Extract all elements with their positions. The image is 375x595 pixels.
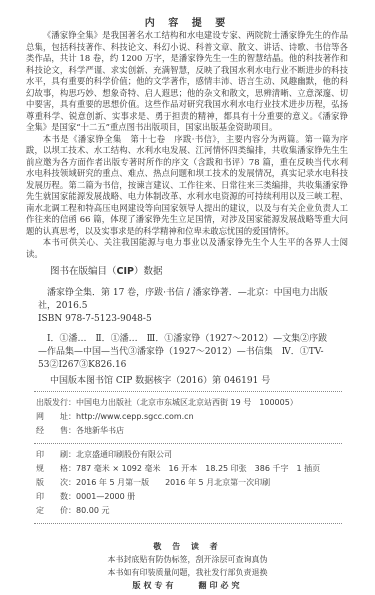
notice-line: 本书封底贴有防伪标签，刮开涂层可查询真伪 bbox=[0, 553, 375, 566]
info-label: 定 价 bbox=[36, 504, 68, 518]
reader-notice: 敬 告 读 者 本书封底贴有防伪标签，刮开涂层可查询真伪 本书如有印装质量问题，… bbox=[0, 540, 375, 592]
info-label: 印 刷 bbox=[36, 448, 68, 462]
copyright-page: 内 容 提 要 《潘家铮全集》是我国著名水工结构和水电建设专家、两院院士潘家铮先… bbox=[0, 0, 375, 595]
info-value: 2016 年 5 月第一版 2016 年 5 月北京第一次印刷 bbox=[76, 476, 270, 490]
cip-title-suffix: ）数据 bbox=[134, 266, 163, 277]
cip-check-number: 中国版本图书馆 CIP 数据核字（2016）第 046191 号 bbox=[50, 373, 270, 386]
colon: ： bbox=[68, 476, 76, 490]
info-label: 出版发行 bbox=[36, 396, 68, 410]
colon: ： bbox=[68, 396, 76, 410]
info-row-distributor: 经 售：各地新华书店 bbox=[36, 424, 298, 438]
cip-entry-text: 潘家铮全集．第 17 卷，序跋·书信 / 潘家铮著．—北京：中国电力出版社，20… bbox=[38, 288, 328, 311]
copyright-notice: 版权专有 翻印必究 bbox=[0, 579, 375, 592]
dotted-divider bbox=[34, 443, 342, 444]
colon: ： bbox=[68, 504, 76, 518]
info-value: 各地新华书店 bbox=[76, 424, 124, 438]
info-label: 印 数 bbox=[36, 490, 68, 504]
info-row-specs: 规 格：787 毫米 × 1092 毫米 16 开本 18.25 印张 386 … bbox=[36, 462, 320, 476]
info-value: 0001—2000 册 bbox=[76, 490, 135, 504]
info-value: 北京盛通印刷股份有限公司 bbox=[76, 448, 172, 462]
info-value: 中国电力出版社（北京市东城区北京站西街 19 号 100005） bbox=[76, 396, 298, 410]
summary-paragraph: 本书可供关心、关注我国能源与电力事业以及潘家铮先生个人生平的各界人士阅读。 bbox=[26, 237, 348, 260]
colon: ： bbox=[68, 462, 76, 476]
info-label: 规 格 bbox=[36, 462, 68, 476]
info-label: 网 址 bbox=[36, 410, 68, 424]
colon: ： bbox=[68, 448, 76, 462]
cip-isbn: ISBN 978-7-5123-9048-5 bbox=[38, 314, 152, 324]
info-value: 787 毫米 × 1092 毫米 16 开本 18.25 印张 386 千字 1… bbox=[76, 462, 320, 476]
notice-title: 敬 告 读 者 bbox=[0, 540, 375, 553]
dotted-divider bbox=[34, 391, 342, 392]
colon: ： bbox=[68, 424, 76, 438]
cip-classification: Ⅰ．①潘… Ⅱ．①潘… Ⅲ．①潘家铮（1927～2012）—文集②序跋—作品集—… bbox=[38, 333, 333, 372]
summary-paragraph: 《潘家铮全集》是我国著名水工结构和水电建设专家、两院院士潘家铮先生的作品总集，包… bbox=[26, 30, 348, 134]
cip-entry-line: 潘家铮全集．第 17 卷，序跋·书信 / 潘家铮著．—北京：中国电力出版社，20… bbox=[38, 287, 333, 326]
info-row-printer: 印 刷：北京盛通印刷股份有限公司 bbox=[36, 448, 320, 462]
summary-title: 内 容 提 要 bbox=[0, 14, 375, 29]
info-row-print-run: 印 数：0001—2000 册 bbox=[36, 490, 320, 504]
content-summary: 《潘家铮全集》是我国著名水工结构和水电建设专家、两院院士潘家铮先生的作品总集，包… bbox=[26, 30, 348, 260]
colon: ： bbox=[68, 490, 76, 504]
cip-title-prefix: 图书在版编目（ bbox=[50, 266, 117, 277]
info-row-price: 定 价：80.00 元 bbox=[36, 504, 320, 518]
info-label: 经 售 bbox=[36, 424, 68, 438]
publisher-info: 出版发行：中国电力出版社（北京市东城区北京站西街 19 号 100005） 网 … bbox=[36, 396, 298, 438]
info-label: 版 次 bbox=[36, 476, 68, 490]
website-link[interactable]: http://www.cepp.sgcc.com.cn bbox=[76, 410, 194, 424]
notice-line: 本书如有印装质量问题，我社发行部负责退换 bbox=[0, 566, 375, 579]
colon: ： bbox=[68, 410, 76, 424]
info-row-publisher: 出版发行：中国电力出版社（北京市东城区北京站西街 19 号 100005） bbox=[36, 396, 298, 410]
info-row-edition: 版 次：2016 年 5 月第一版 2016 年 5 月北京第一次印刷 bbox=[36, 476, 320, 490]
cip-title: 图书在版编目（CIP）数据 bbox=[50, 263, 163, 277]
info-value: 80.00 元 bbox=[76, 504, 109, 518]
dotted-divider bbox=[34, 523, 342, 524]
cip-record: 潘家铮全集．第 17 卷，序跋·书信 / 潘家铮著．—北京：中国电力出版社，20… bbox=[38, 287, 333, 379]
print-info: 印 刷：北京盛通印刷股份有限公司 规 格：787 毫米 × 1092 毫米 16… bbox=[36, 448, 320, 518]
summary-paragraph: 本书是《潘家铮全集 第十七卷 序跋·书信》，主要内容分为两篇。第一篇为序跋，以坝… bbox=[26, 134, 348, 238]
info-row-website: 网 址：http://www.cepp.sgcc.com.cn bbox=[36, 410, 298, 424]
cip-title-bold: CIP bbox=[117, 266, 134, 277]
